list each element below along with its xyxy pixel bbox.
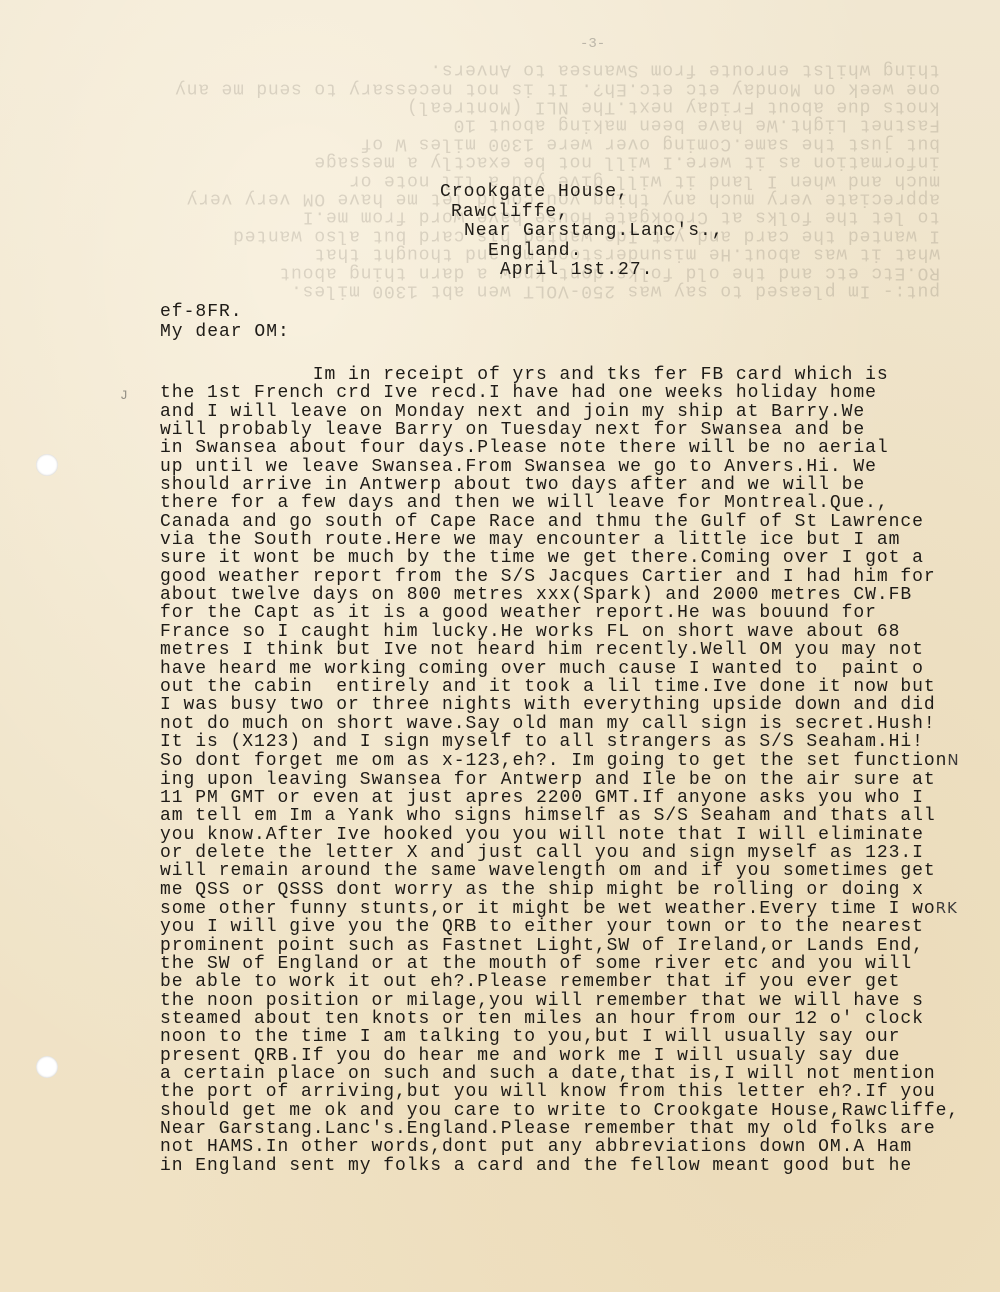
letter-line: France so I caught him lucky.He works FL… (160, 623, 980, 641)
recipient-callsign: ef-8FR. (160, 302, 290, 322)
letter-line: present QRB.If you do hear me and work m… (160, 1047, 980, 1065)
address-line-country: England. (440, 242, 724, 262)
letter-body: Im in receipt of yrs and tks fer FB card… (160, 366, 980, 1175)
letter-line: be able to work it out eh?.Please rememb… (160, 973, 980, 991)
letter-line: about twelve days on 800 metres xxx(Spar… (160, 586, 980, 604)
letter-line: not do much on short wave.Say old man my… (160, 715, 980, 733)
letter-line: ing upon leaving Swansea for Antwerp and… (160, 771, 980, 789)
letter-line: you I will give you the QRB to either yo… (160, 918, 980, 936)
letter-line: steamed about ten knots or ten miles an … (160, 1010, 980, 1028)
page-number: -3- (580, 36, 605, 52)
salutation-block: ef-8FR. My dear OM: (160, 302, 290, 342)
letter-line: out the cabin entirely and it took a lil… (160, 678, 980, 696)
bleed-line: put:- Im pleased to say was 250-VOLT wen… (150, 281, 940, 299)
letter-line: a certain place on such and such a date,… (160, 1065, 980, 1083)
letter-line: or delete the letter X and just call you… (160, 844, 980, 862)
letter-line: I was busy two or three nights with ever… (160, 696, 980, 714)
letter-line: prominent point such as Fastnet Light,SW… (160, 937, 980, 955)
letter-line: should arrive in Antwerp about two days … (160, 476, 980, 494)
address-line-village: Rawcliffe, (440, 203, 724, 223)
letter-line: Near Garstang.Lanc's.England.Please reme… (160, 1120, 980, 1138)
letter-date: April 1st.27. (440, 261, 724, 281)
letter-line: some other funny stunts,or it might be w… (160, 899, 980, 918)
bleed-line: one week on Monday etc etc.Eh?. It is no… (150, 78, 940, 96)
bleed-line: Fastnet Light.We have been making about … (150, 115, 940, 133)
letter-line: in England sent my folks a card and the … (160, 1157, 980, 1175)
letter-line: the noon position or milage,you will rem… (160, 992, 980, 1010)
bleed-line: information as it were.I will not be exa… (150, 152, 940, 170)
letter-line: metres I think but Ive not heard him rec… (160, 641, 980, 659)
letter-line: there for a few days and then we will le… (160, 494, 980, 512)
letter-line: 11 PM GMT or even at just apres 2200 GMT… (160, 789, 980, 807)
letter-line: the SW of England or at the mouth of som… (160, 955, 980, 973)
letter-line: the 1st French crd Ive recd.I have had o… (160, 384, 980, 402)
address-line-house: Crookgate House, (440, 183, 724, 203)
bleed-line: but just the same.Coming over were 1300 … (150, 134, 940, 152)
margin-mark: J (120, 388, 128, 403)
letter-line: noon to the time I am talking to you,but… (160, 1028, 980, 1046)
letter-line: and I will leave on Monday next and join… (160, 403, 980, 421)
letter-line: have heard me working coming over much c… (160, 660, 980, 678)
letter-line: via the South route.Here we may encounte… (160, 531, 980, 549)
letter-line: will remain around the same wavelength o… (160, 862, 980, 880)
punch-hole-bottom (36, 1056, 58, 1078)
letter-line: for the Capt as it is a good weather rep… (160, 604, 980, 622)
letter-line: good weather report from the S/S Jacques… (160, 568, 980, 586)
letter-line: will probably leave Barry on Tuesday nex… (160, 421, 980, 439)
bleed-line: knots due about Friday next.The NLI (Mon… (150, 97, 940, 115)
letter-line: should get me ok and you care to write t… (160, 1102, 980, 1120)
address-line-town: Near Garstang.Lanc's., (440, 222, 724, 242)
letter-line: you know.After Ive hooked you you will n… (160, 826, 980, 844)
punch-hole-top (36, 454, 58, 476)
letter-line: Im in receipt of yrs and tks fer FB card… (160, 366, 980, 384)
letter-line: the port of arriving,but you will know f… (160, 1083, 980, 1101)
letter-line: me QSS or QSSS dont worry as the ship mi… (160, 881, 980, 899)
letter-line: am tell em Im a Yank who signs himself a… (160, 807, 980, 825)
letter-line: in Swansea about four days.Please note t… (160, 439, 980, 457)
letter-line: sure it wont be much by the time we get … (160, 549, 980, 567)
letter-line: So dont forget me om as x-123,eh?. Im go… (160, 751, 980, 770)
letter-line: not HAMS.In other words,dont put any abb… (160, 1138, 980, 1156)
salutation-line: My dear OM: (160, 322, 290, 342)
handwritten-correction: RK (936, 899, 958, 917)
letter-line: Canada and go south of Cape Race and thm… (160, 513, 980, 531)
handwritten-correction: N (947, 751, 959, 769)
letter-line: up until we leave Swansea.From Swansea w… (160, 458, 980, 476)
letter-line: It is (X123) and I sign myself to all st… (160, 733, 980, 751)
sender-address-block: Crookgate House, Rawcliffe, Near Garstan… (440, 183, 724, 281)
bleed-line: thing whilst enroute from Swansea to Anv… (150, 60, 940, 78)
